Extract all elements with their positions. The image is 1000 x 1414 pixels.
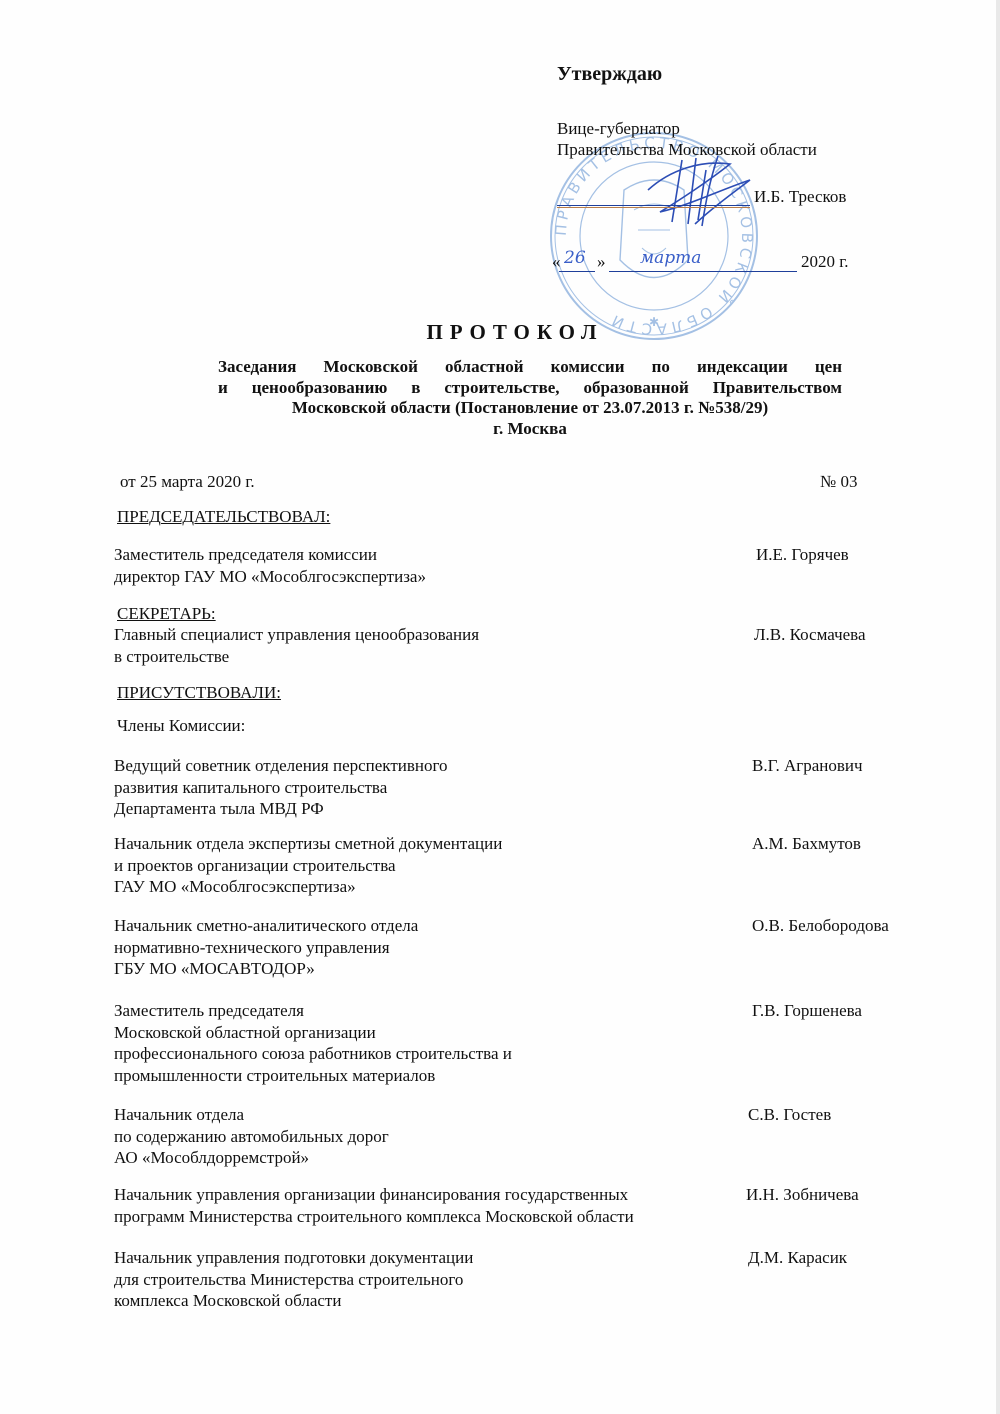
- official-seal-icon: ПРАВИТЕЛЬСТВО МОСКОВСКОЙ ОБЛАСТИ ✱: [548, 130, 760, 342]
- date-day-line: [559, 271, 595, 272]
- position-line: программ Министерства строительного комп…: [114, 1206, 634, 1228]
- member-name: Г.В. Горшенева: [752, 1000, 862, 1022]
- position-line: для строительства Министерства строитель…: [114, 1269, 473, 1291]
- seal-text: ПРАВИТЕЛЬСТВО МОСКОВСКОЙ ОБЛАСТИ: [552, 134, 756, 338]
- scan-edge: [996, 0, 1000, 1414]
- date-month-line: [609, 271, 797, 272]
- signature-row: И.Б. Тресков: [557, 187, 877, 209]
- position-line: комплекса Московской области: [114, 1290, 473, 1312]
- date-open-quote: «: [552, 252, 561, 272]
- position-line: Начальник сметно-аналитического отдела: [114, 915, 418, 937]
- secretary-name: Л.В. Космачева: [754, 624, 866, 646]
- member-position: Начальник управления организации финанси…: [114, 1184, 634, 1227]
- position-line: Ведущий советник отделения перспективног…: [114, 755, 448, 777]
- approval-title: Утверждаю: [557, 62, 877, 86]
- position-line: Начальник отдела: [114, 1104, 389, 1126]
- date-close-quote: »: [597, 252, 606, 272]
- subtitle-line: Московской области (Постановление от 23.…: [218, 398, 842, 419]
- member-name: И.Н. Зобничева: [746, 1184, 859, 1206]
- position-line: профессионального союза работников строи…: [114, 1043, 512, 1065]
- position-line: ГАУ МО «Мособлгосэкспертиза»: [114, 876, 502, 898]
- signature-line: [557, 205, 750, 206]
- position-line: в строительстве: [114, 646, 479, 668]
- signature-line-shadow: [557, 207, 750, 208]
- position-line: Заместитель председателя: [114, 1000, 512, 1022]
- date-month-handwritten: марта: [640, 248, 701, 268]
- position-line: Начальник отдела экспертизы сметной доку…: [114, 833, 502, 855]
- member-position: Начальник отдела экспертизы сметной доку…: [114, 833, 502, 898]
- position-line: развития капитального строительства: [114, 777, 448, 799]
- position-line: директор ГАУ МО «Мособлгосэкспертиза»: [114, 566, 426, 588]
- position-line: промышленности строительных материалов: [114, 1065, 512, 1087]
- svg-text:ПРАВИТЕЛЬСТВО МОСКОВСКОЙ ОБЛАС: ПРАВИТЕЛЬСТВО МОСКОВСКОЙ ОБЛАСТИ: [552, 134, 756, 338]
- chairman-heading: ПРЕДСЕДАТЕЛЬСТВОВАЛ:: [117, 507, 330, 527]
- position-line: Начальник управления организации финанси…: [114, 1184, 634, 1206]
- position-line: Главный специалист управления ценообразо…: [114, 624, 479, 646]
- position-line: ГБУ МО «МОСАВТОДОР»: [114, 958, 418, 980]
- approval-block: Утверждаю Вице-губернатор Правительства …: [557, 62, 877, 86]
- approver-name: И.Б. Тресков: [754, 187, 846, 207]
- position-line: Начальник управления подготовки документ…: [114, 1247, 473, 1269]
- member-position: Начальник управления подготовки документ…: [114, 1247, 473, 1312]
- position-line: Заместитель председателя комиссии: [114, 544, 426, 566]
- member-position: Начальник сметно-аналитического отдела н…: [114, 915, 418, 980]
- protocol-number: № 03: [820, 472, 857, 492]
- subtitle-line: Заседания Московской областной комиссии …: [218, 357, 842, 378]
- member-name: А.М. Бахмутов: [752, 833, 861, 855]
- position-line: нормативно-технического управления: [114, 937, 418, 959]
- present-heading: ПРИСУТСТВОВАЛИ:: [117, 683, 281, 703]
- subtitle-line: и ценообразованию в строительстве, образ…: [218, 378, 842, 399]
- position-line: и проектов организации строительства: [114, 855, 502, 877]
- member-name: В.Г. Агранович: [752, 755, 863, 777]
- document-title: ПРОТОКОЛ: [0, 320, 1000, 345]
- document-subtitle: Заседания Московской областной комиссии …: [218, 357, 842, 439]
- member-name: О.В. Белобородова: [752, 915, 889, 937]
- secretary-heading: СЕКРЕТАРЬ:: [117, 604, 216, 624]
- document-page: ПРАВИТЕЛЬСТВО МОСКОВСКОЙ ОБЛАСТИ ✱ Утвер…: [0, 0, 1000, 1414]
- chairman-name: И.Е. Горячев: [756, 544, 849, 566]
- position-line: АО «Мособлдорремстрой»: [114, 1147, 389, 1169]
- member-position: Начальник отдела по содержанию автомобил…: [114, 1104, 389, 1169]
- secretary-position: Главный специалист управления ценообразо…: [114, 624, 479, 667]
- approver-position-line-1: Вице-губернатор: [557, 119, 680, 139]
- date-day-handwritten: 26: [564, 248, 586, 268]
- approver-position-line-2: Правительства Московской области: [557, 140, 817, 160]
- approval-date-row: « 26 » марта 2020 г.: [552, 252, 882, 274]
- member-name: С.В. Гостев: [748, 1104, 831, 1126]
- members-label: Члены Комиссии:: [117, 716, 245, 736]
- member-position: Заместитель председателя Московской обла…: [114, 1000, 512, 1086]
- chairman-position: Заместитель председателя комиссии директ…: [114, 544, 426, 587]
- member-position: Ведущий советник отделения перспективног…: [114, 755, 448, 820]
- position-line: Московской областной организации: [114, 1022, 512, 1044]
- position-line: по содержанию автомобильных дорог: [114, 1126, 389, 1148]
- protocol-date: от 25 марта 2020 г.: [120, 472, 255, 492]
- date-year: 2020 г.: [801, 252, 849, 272]
- position-line: Департамента тыла МВД РФ: [114, 798, 448, 820]
- member-name: Д.М. Карасик: [748, 1247, 847, 1269]
- subtitle-city: г. Москва: [218, 419, 842, 440]
